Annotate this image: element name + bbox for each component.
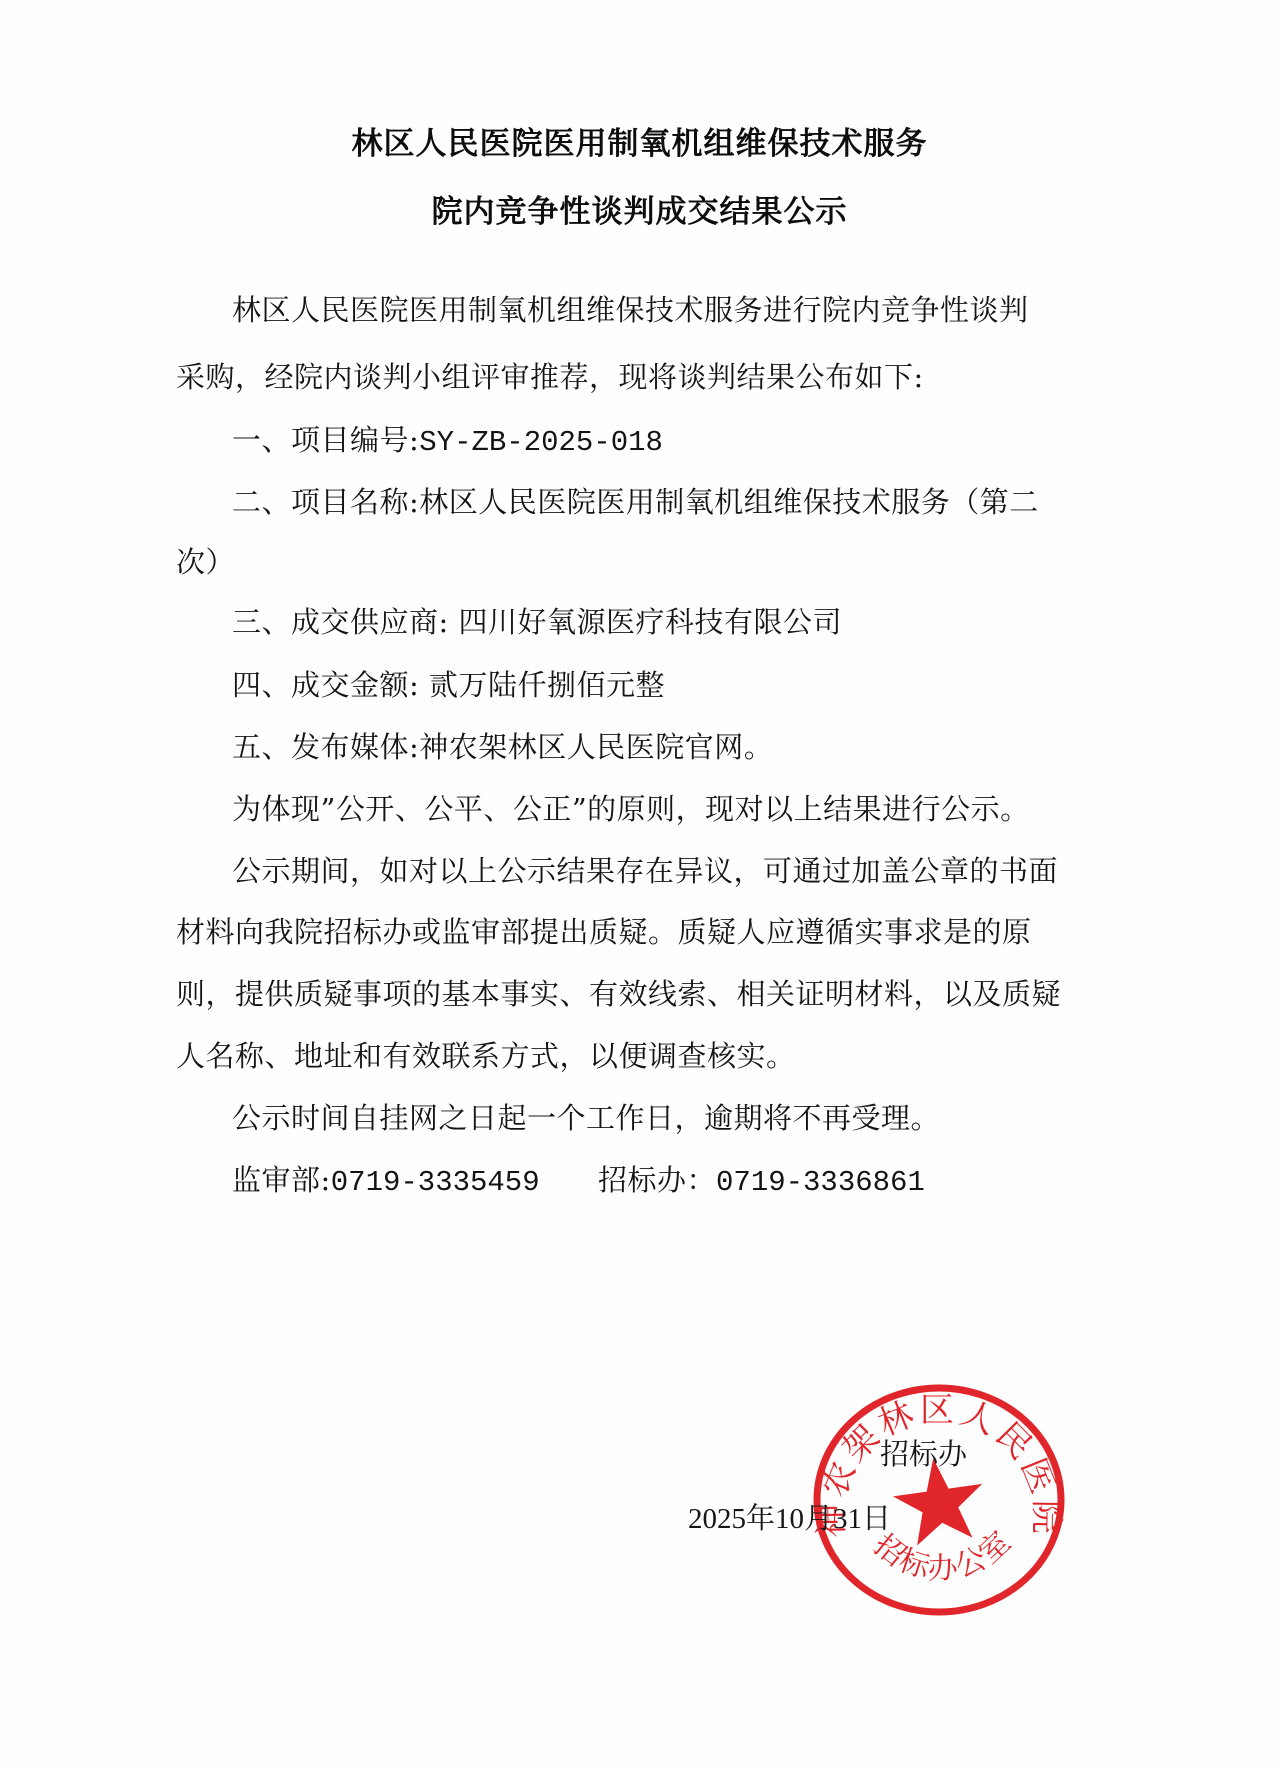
contact-phone: 0719-3336861: [716, 1166, 925, 1199]
contact-phone: 0719-3335459: [331, 1166, 540, 1199]
item-project-number: 一、项目编号:SY-ZB-2025-018: [232, 418, 663, 459]
objection-paragraph-line1: 公示期间，如对以上公示结果存在异议，可通过加盖公章的书面: [232, 849, 1058, 890]
item-label: 三、成交供应商:: [232, 605, 449, 639]
item-supplier: 三、成交供应商: 四川好氧源医疗科技有限公司: [232, 600, 842, 641]
objection-paragraph-line4: 人名称、地址和有效联系方式，以便调查核实。: [176, 1034, 796, 1075]
item-label: 一、项目编号:: [232, 423, 419, 457]
principle-paragraph: 为体现”公开、公平、公正”的原则，现对以上结果进行公示。: [232, 787, 1030, 828]
intro-paragraph-line2: 采购，经院内谈判小组评审推荐，现将谈判结果公布如下:: [176, 355, 924, 396]
objection-paragraph-line3: 则，提供质疑事项的基本事实、有效线索、相关证明材料，以及质疑: [176, 972, 1061, 1013]
issuer-office: 招标办: [880, 1432, 967, 1473]
item-label: 五、发布媒体:: [232, 730, 419, 764]
contact-label: 招标办：: [598, 1163, 716, 1197]
item-label: 四、成交金额:: [232, 668, 419, 702]
objection-paragraph-line2: 材料向我院招标办或监审部提出质疑。质疑人应遵循实事求是的原: [176, 910, 1032, 951]
document-title-line2: 院内竞争性谈判成交结果公示: [0, 186, 1279, 231]
project-name-value: 林区人民医院医用制氧机组维保技术服务（第二: [419, 485, 1039, 519]
contact-audit-dept: 监审部:0719-3335459: [232, 1158, 540, 1199]
item-project-name-continued: 次）: [176, 540, 235, 581]
document-title-line1: 林区人民医院医用制氧机组维保技术服务: [0, 118, 1279, 163]
item-media: 五、发布媒体:神农架林区人民医院官网。: [232, 725, 773, 766]
item-project-name: 二、项目名称:林区人民医院医用制氧机组维保技术服务（第二: [232, 480, 1039, 521]
contact-tender-office: 招标办：0719-3336861: [598, 1158, 925, 1199]
intro-paragraph-line1: 林区人民医院医用制氧机组维保技术服务进行院内竞争性谈判: [232, 288, 1029, 329]
document-page: 林区人民医院医用制氧机组维保技术服务 院内竞争性谈判成交结果公示 林区人民医院医…: [0, 0, 1279, 1770]
item-amount: 四、成交金额: 贰万陆仟捌佰元整: [232, 663, 665, 704]
amount-value: 贰万陆仟捌佰元整: [419, 668, 665, 702]
item-label: 二、项目名称:: [232, 485, 419, 519]
issue-date: 2025年10月31日: [688, 1496, 891, 1537]
period-paragraph: 公示时间自挂网之日起一个工作日，逾期将不再受理。: [232, 1096, 940, 1137]
media-value: 神农架林区人民医院官网。: [419, 730, 773, 764]
project-number-value: SY-ZB-2025-018: [419, 426, 663, 459]
contact-label: 监审部:: [232, 1163, 331, 1197]
supplier-value: 四川好氧源医疗科技有限公司: [449, 605, 842, 639]
